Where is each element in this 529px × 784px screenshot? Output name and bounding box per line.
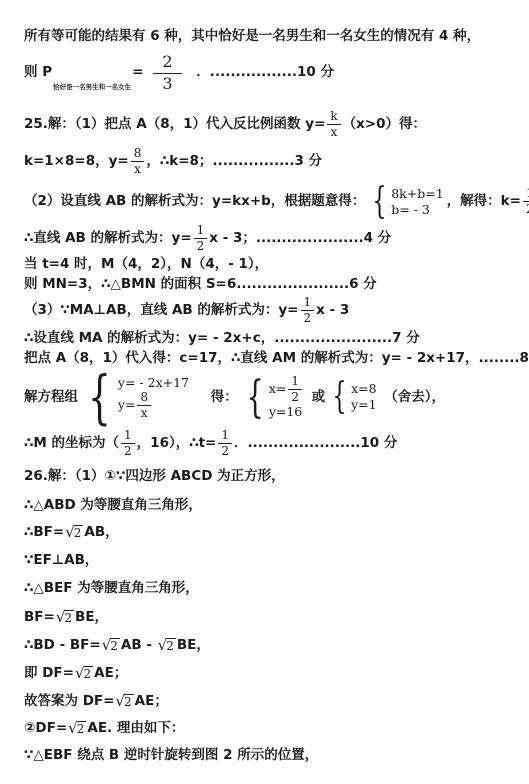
answer-line-probability-count: 所有等可能的结果有 6 种，其中恰好是一名男生和一名女生的情况有 4 种， [24, 28, 529, 45]
fraction-numerator: 1 [121, 429, 135, 444]
dotted-leader-score: ．.................10 分 [192, 64, 334, 81]
line-text: ∴△ABD 为等腰直角三角形， [24, 497, 202, 514]
equation-system: { x= 1 2 y=16 [241, 375, 304, 421]
text-run: BE， [177, 637, 210, 654]
left-brace: { [333, 382, 347, 413]
fraction-denominator: 2 [291, 390, 299, 404]
answer-line-q25-2-result: ∴直线 AB 的解析式为：y= 1 2 x - 3；..............… [24, 223, 529, 255]
answer-line-points-mn: 当 t=4 时，M（4，2），N（4，- 1）， [24, 256, 529, 273]
line-text: ∴设直线 MA 的解析式为：y= - 2x+c，................… [24, 330, 420, 347]
answer-line-q26-start: 26.解：（1）①∵四边形 ABCD 为正方形， [24, 468, 529, 485]
sqrt-radical: √ 2 [56, 610, 74, 625]
text-run: 得： [192, 389, 238, 406]
radicand: 2 [77, 721, 87, 736]
line-text: ∵△EBF 绕点 B 逆时针旋转到图 2 所示的位置， [24, 747, 318, 764]
radicand: 2 [124, 694, 134, 709]
dotted-leader-score: ，∴k=8；................3 分 [146, 153, 322, 170]
system-rows: x=8 y=1 [351, 381, 377, 414]
fraction: k x [327, 110, 340, 139]
system-row: y=1 [351, 397, 377, 413]
fraction-numerator: 1 [194, 224, 208, 239]
equation-system: { x=8 y=1 [328, 381, 376, 414]
system-rows: 8k+b=1 b= - 3 [391, 186, 443, 219]
text-run: ②DF= [24, 720, 67, 737]
fraction-denominator: x [331, 125, 338, 139]
equation-system: { y= - 2x+17 y= 8 x [81, 373, 189, 422]
answer-line-bd-minus-bf: ∴BD - BF= √ 2 AB - √ 2 BE， [24, 635, 529, 656]
left-brace: { [373, 187, 387, 218]
fraction: 1 2 [121, 429, 135, 458]
answer-line-q25-1-setup: 25.解：（1）把点 A（8，1）代入反比例函数 y= k x （x>0）得： [24, 109, 529, 141]
left-brace: { [246, 379, 263, 416]
text-run: （x>0）得： [343, 116, 426, 133]
line-text: 当 t=4 时，M（4，2），N（4，- 1）， [24, 256, 268, 273]
answer-line-q25-2-system: （2）设直线 AB 的解析式为：y=kx+b，根据题意得： { 8k+b=1 b… [24, 181, 529, 223]
fraction-numerator: 2 [153, 53, 181, 74]
text-run: BE， [75, 609, 108, 626]
answer-line-bf-sqrt2be: BF= √ 2 BE， [24, 607, 529, 628]
fraction: 1 2 [194, 224, 208, 253]
answer-line-q25-3-setup: （3）∵MA⊥AB，直线 AB 的解析式为：y= 1 2 x - 3 [24, 295, 529, 327]
fraction-numerator: 1 [218, 429, 232, 444]
line-text: 则 MN=3，∴△BMN 的面积 S=6....................… [24, 276, 377, 293]
fraction: 1 2 [301, 296, 315, 325]
fraction: 8 x [131, 147, 145, 176]
answer-line-area: 则 MN=3，∴△BMN 的面积 S=6....................… [24, 276, 529, 293]
fraction-denominator: 2 [124, 444, 132, 458]
fraction: 2 3 [153, 53, 181, 92]
left-brace: { [88, 373, 111, 422]
fraction-numerator: k [327, 110, 340, 125]
line-text: ∴△BEF 为等腰直角三角形， [24, 580, 199, 597]
text-run: AE. 理由如下： [87, 720, 184, 737]
system-row: x= 1 2 [269, 375, 304, 404]
text-run: （2）设直线 AB 的解析式为：y=kx+b，根据题意得： [24, 193, 365, 210]
answer-line-line-ma: ∴设直线 MA 的解析式为：y= - 2x+c，................… [24, 330, 529, 347]
system-row: b= - 3 [391, 202, 443, 218]
fraction-numerator: 1 [288, 375, 302, 390]
text-run: 解方程组 [24, 389, 78, 406]
dotted-leader-score: x - 3；.....................4 分 [209, 230, 391, 247]
text-run: y= [118, 397, 136, 413]
system-row: y=16 [269, 404, 304, 420]
fraction-denominator: 2 [221, 444, 229, 458]
text-run: 25.解：（1）把点 A（8，1）代入反比例函数 y= [24, 116, 325, 133]
text-run: ∴直线 AB 的解析式为：y= [24, 230, 192, 247]
equation-system: { 8k+b=1 b= - 3 [368, 186, 443, 219]
fraction-numerator: 1 [523, 187, 529, 202]
text-run: ∴BF= [24, 524, 64, 541]
text-run: AB - [121, 637, 157, 654]
text-run: ，16），∴t= [137, 435, 217, 452]
text-run: k=1×8=8，y= [24, 153, 129, 170]
system-rows: x= 1 2 y=16 [269, 375, 304, 421]
text-run: BF= [24, 609, 55, 626]
fraction-numerator: 8 [137, 391, 151, 406]
answer-line-solve-system: 解方程组 { y= - 2x+17 y= 8 x 得： { x= [24, 368, 529, 426]
radicand: 2 [64, 610, 74, 625]
text-run: x - 3 [316, 302, 349, 319]
text-run: （3）∵MA⊥AB，直线 AB 的解析式为：y= [24, 302, 299, 319]
sqrt-radical: √ 2 [158, 638, 176, 653]
answer-line-q25-1-result: k=1×8=8，y= 8 x ，∴k=8；................3 分 [24, 146, 529, 178]
fraction: 1 2 [288, 375, 302, 404]
dotted-leader-score: ．......................10 分 [234, 435, 397, 452]
radicand: 2 [166, 638, 176, 653]
fraction-numerator: 1 [301, 296, 315, 311]
text-run: 即 DF= [24, 665, 74, 682]
answer-line-ef-perp-ab: ∵EF⊥AB， [24, 552, 529, 569]
answer-line-df-sqrt2ae: 即 DF= √ 2 AE； [24, 663, 529, 684]
text-run: ∴M 的坐标为（ [24, 435, 119, 452]
text-run: ，解得：k= [447, 193, 521, 210]
probability-subscript: 恰好是一名男生和一名女生 [53, 83, 131, 91]
radicand: 2 [74, 525, 84, 540]
answer-line-probability-result: 则 P 恰好是一名男生和一名女生 = 2 3 ．................… [24, 53, 529, 93]
fraction: 1 2 [523, 187, 529, 216]
system-row: y= - 2x+17 [118, 375, 189, 391]
fraction: 1 2 [218, 429, 232, 458]
answer-line-final-answer: 故答案为 DF= √ 2 AE； [24, 691, 529, 712]
text-run: 故答案为 DF= [24, 693, 114, 710]
system-rows: y= - 2x+17 y= 8 x [118, 375, 189, 421]
system-row: x=8 [351, 381, 377, 397]
sqrt-radical: √ 2 [75, 666, 93, 681]
fraction: 8 x [137, 391, 151, 420]
text-run: （舍去）， [380, 389, 445, 406]
line-text: 26.解：（1）①∵四边形 ABCD 为正方形， [24, 468, 285, 485]
line-text: 所有等可能的结果有 6 种，其中恰好是一名男生和一名女生的情况有 4 种， [24, 28, 480, 45]
fraction-denominator: x [134, 162, 141, 176]
answer-line-bef-triangle: ∴△BEF 为等腰直角三角形， [24, 580, 529, 597]
text-run: = [132, 64, 143, 81]
line-text: ∵EF⊥AB， [24, 552, 98, 569]
text-run: AE； [94, 665, 127, 682]
text-run: x= [269, 381, 287, 397]
answer-line-part2-claim: ②DF= √ 2 AE. 理由如下： [24, 718, 529, 739]
system-row: 8k+b=1 [391, 186, 443, 202]
answer-line-rotation: ∵△EBF 绕点 B 逆时针旋转到图 2 所示的位置， [24, 747, 529, 764]
radicand: 2 [84, 666, 94, 681]
sqrt-radical: √ 2 [65, 525, 83, 540]
fraction-denominator: 2 [304, 311, 312, 325]
text-run: AB， [84, 524, 118, 541]
text-run: ∴BD - BF= [24, 637, 101, 654]
fraction-denominator: 2 [197, 239, 205, 253]
sqrt-radical: √ 2 [115, 694, 133, 709]
text-run: 则 P [24, 64, 52, 81]
answer-line-m-coordinates: ∴M 的坐标为（ 1 2 ，16），∴t= 1 2 ．.............… [24, 426, 529, 460]
fraction-denominator: x [141, 406, 148, 420]
answer-line-bf-sqrt2ab: ∴BF= √ 2 AB， [24, 522, 529, 543]
fraction-denominator: 3 [162, 74, 172, 93]
radicand: 2 [110, 638, 120, 653]
document-page: 所有等可能的结果有 6 种，其中恰好是一名男生和一名女生的情况有 4 种， 则 … [0, 0, 529, 784]
system-row: y= 8 x [118, 391, 189, 420]
fraction-numerator: 8 [131, 147, 145, 162]
sqrt-radical: √ 2 [68, 721, 86, 736]
sqrt-radical: √ 2 [102, 638, 120, 653]
text-run: AE； [135, 693, 168, 710]
text-run: 或 [307, 389, 325, 406]
answer-line-abd-triangle: ∴△ABD 为等腰直角三角形， [24, 497, 529, 514]
